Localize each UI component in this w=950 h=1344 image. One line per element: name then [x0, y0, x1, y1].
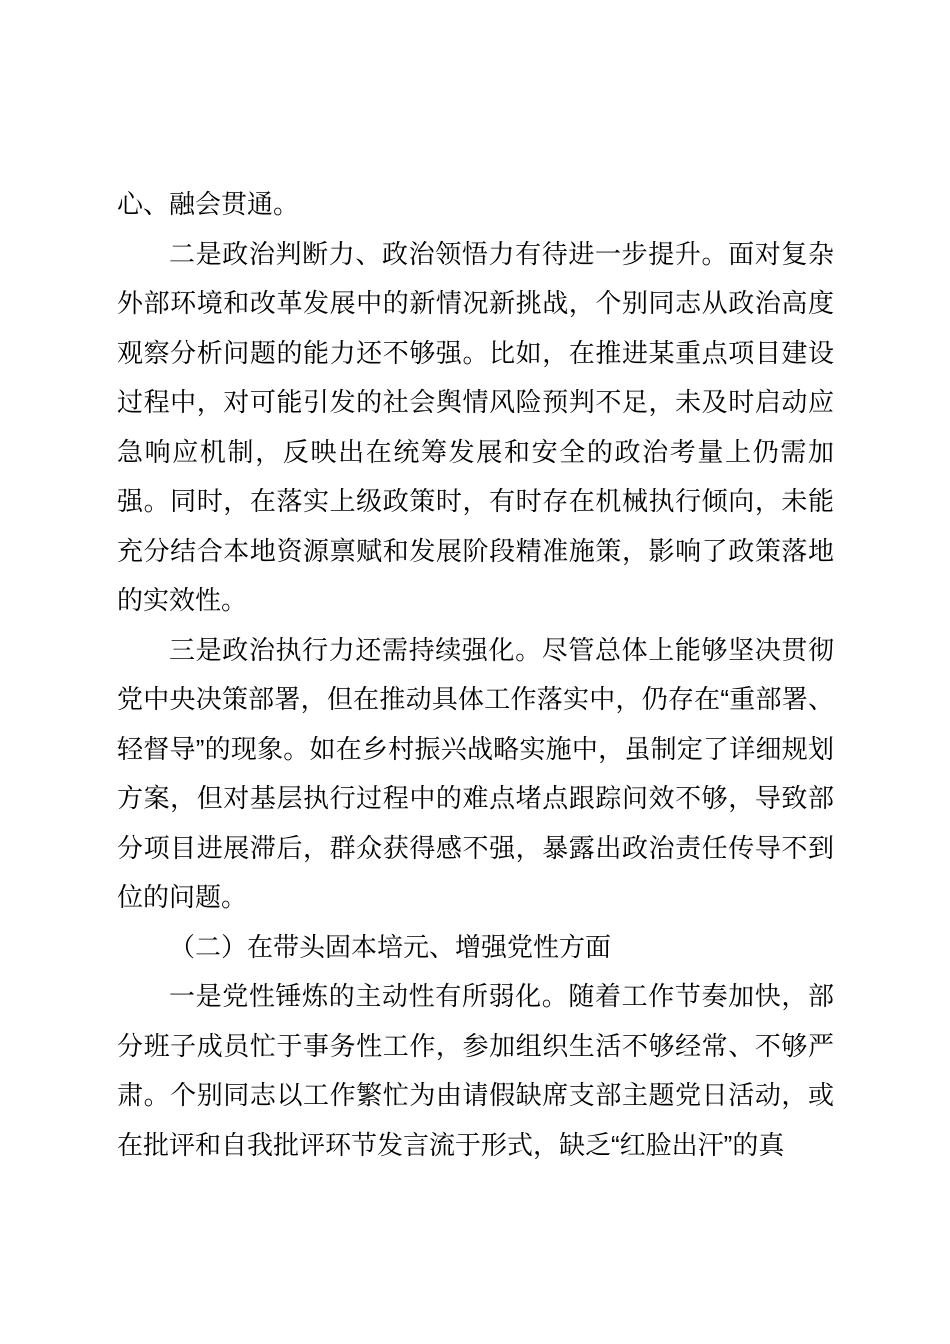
paragraph-party-spirit: 一是党性锤炼的主动性有所弱化。随着工作节奏加快，部分班子成员忙于事务性工作，参加…	[117, 972, 834, 1170]
paragraph-political-judgment: 二是政治判断力、政治领悟力有待进一步提升。面对复杂外部环境和改革发展中的新情况新…	[117, 230, 834, 626]
document-page: 心、融会贯通。 二是政治判断力、政治领悟力有待进一步提升。面对复杂外部环境和改革…	[0, 0, 950, 1344]
section-heading-part-two: （二）在带头固本培元、增强党性方面	[117, 923, 834, 973]
paragraph-continuation: 心、融会贯通。	[117, 180, 834, 230]
paragraph-political-execution: 三是政治执行力还需持续强化。尽管总体上能够坚决贯彻党中央决策部署，但在推动具体工…	[117, 626, 834, 923]
